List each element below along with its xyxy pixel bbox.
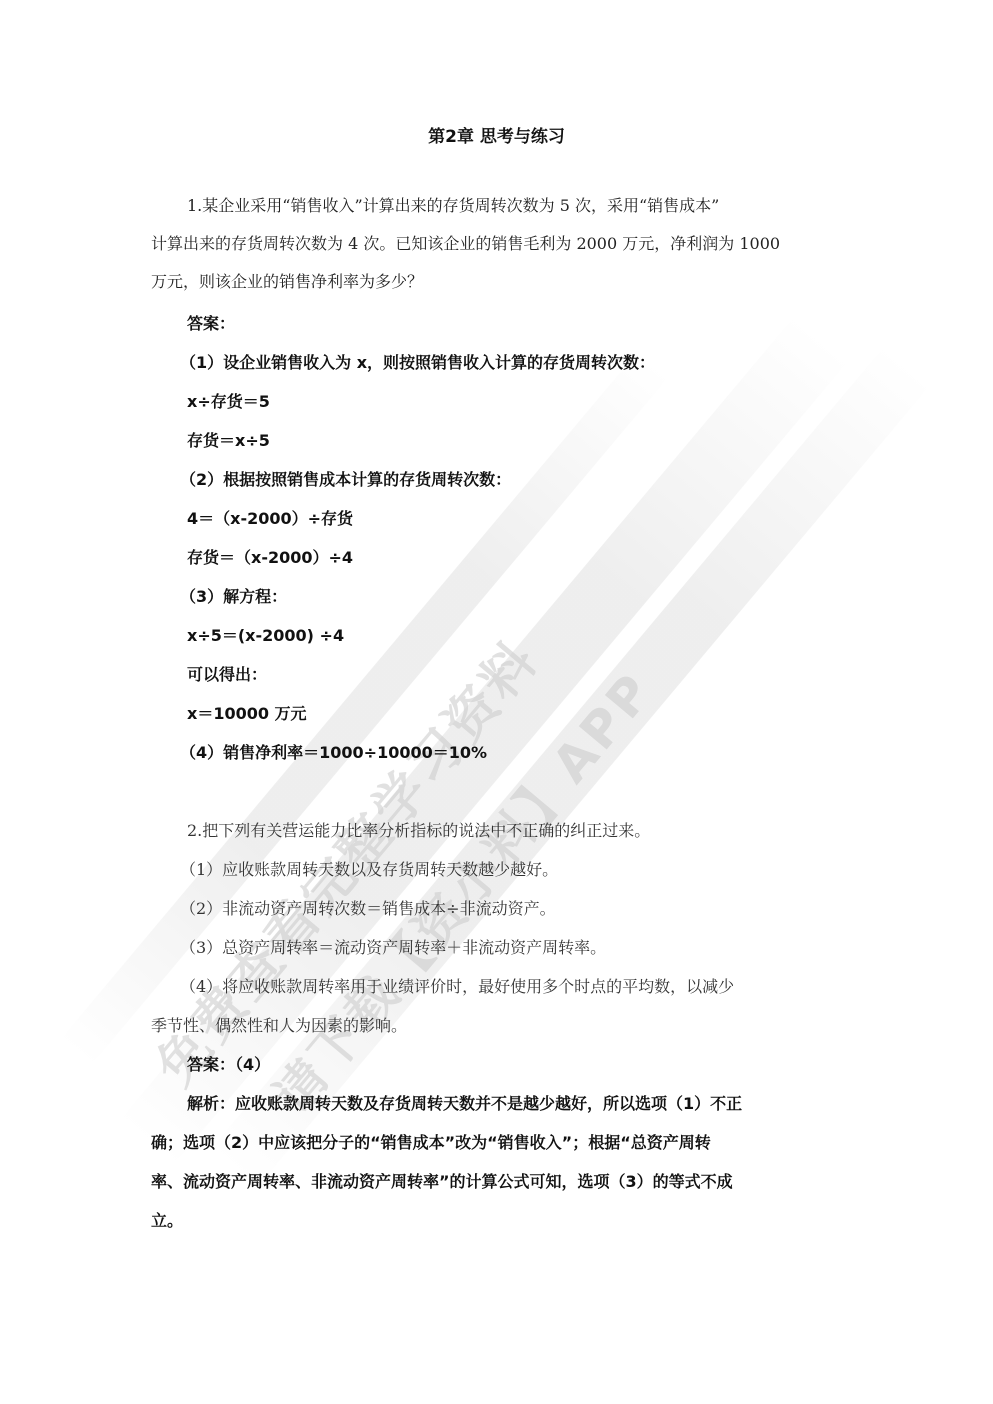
question-2-stem: 2.把下列有关营运能力比率分析指标的说法中不正确的纠正过来。 bbox=[187, 821, 650, 841]
question-2-option-4-cont: 季节性、偶然性和人为因素的影响。 bbox=[151, 1016, 407, 1036]
answer-1-eq-1: x÷存货＝5 bbox=[187, 392, 270, 412]
answer-1-eq-5: x÷5＝(x-2000) ÷4 bbox=[187, 626, 344, 646]
question-1-line-2: 计算出来的存货周转次数为 4 次。已知该企业的销售毛利为 2000 万元，净利润… bbox=[151, 234, 780, 254]
answer-1-label: 答案： bbox=[187, 314, 235, 334]
analysis-2-line-1: 解析：应收账款周转天数及存货周转天数并不是越少越好，所以选项（1）不正 bbox=[187, 1094, 742, 1114]
watermark-line-2: 请下载【资小料】APP bbox=[255, 654, 668, 1126]
answer-1-eq-4: 存货＝（x-2000）÷4 bbox=[187, 548, 353, 568]
answer-1-step-3: （3）解方程： bbox=[180, 587, 287, 607]
answer-1-result-label: 可以得出： bbox=[187, 665, 267, 685]
question-2-option-3: （3）总资产周转率＝流动资产周转率＋非流动资产周转率。 bbox=[180, 938, 606, 958]
answer-1-step-1: （1）设企业销售收入为 x，则按照销售收入计算的存货周转次数： bbox=[180, 353, 655, 373]
question-1-line-3: 万元，则该企业的销售净利率为多少？ bbox=[151, 272, 423, 292]
analysis-2-line-2: 确；选项（2）中应该把分子的“销售成本”改为“销售收入”；根据“总资产周转 bbox=[151, 1133, 711, 1153]
answer-1-eq-3: 4＝（x-2000）÷存货 bbox=[187, 509, 353, 529]
answer-1-step-2: （2）根据按照销售成本计算的存货周转次数： bbox=[180, 470, 511, 490]
answer-1-result: x＝10000 万元 bbox=[187, 704, 307, 724]
question-2-option-2: （2）非流动资产周转次数＝销售成本÷非流动资产。 bbox=[180, 899, 556, 919]
chapter-title: 第2章 思考与练习 bbox=[0, 122, 993, 147]
answer-1-step-4: （4）销售净利率＝1000÷10000＝10% bbox=[180, 743, 487, 763]
answer-2-label: 答案：（4） bbox=[187, 1055, 270, 1075]
question-2-option-4: （4）将应收账款周转率用于业绩评价时，最好使用多个时点的平均数，以减少 bbox=[180, 977, 734, 997]
answer-1-eq-2: 存货＝x÷5 bbox=[187, 431, 270, 451]
question-1-line-1: 1.某企业采用“销售收入”计算出来的存货周转次数为 5 次，采用“销售成本” bbox=[187, 196, 719, 216]
analysis-2-line-3: 率、流动资产周转率、非流动资产周转率”的计算公式可知，选项（3）的等式不成 bbox=[151, 1172, 733, 1192]
document-page: 免费查看完整学习资料 请下载【资小料】APP 第2章 思考与练习 1.某企业采用… bbox=[0, 0, 993, 1404]
analysis-2-line-4: 立。 bbox=[151, 1211, 183, 1231]
question-2-option-1: （1）应收账款周转天数以及存货周转天数越少越好。 bbox=[180, 860, 558, 880]
